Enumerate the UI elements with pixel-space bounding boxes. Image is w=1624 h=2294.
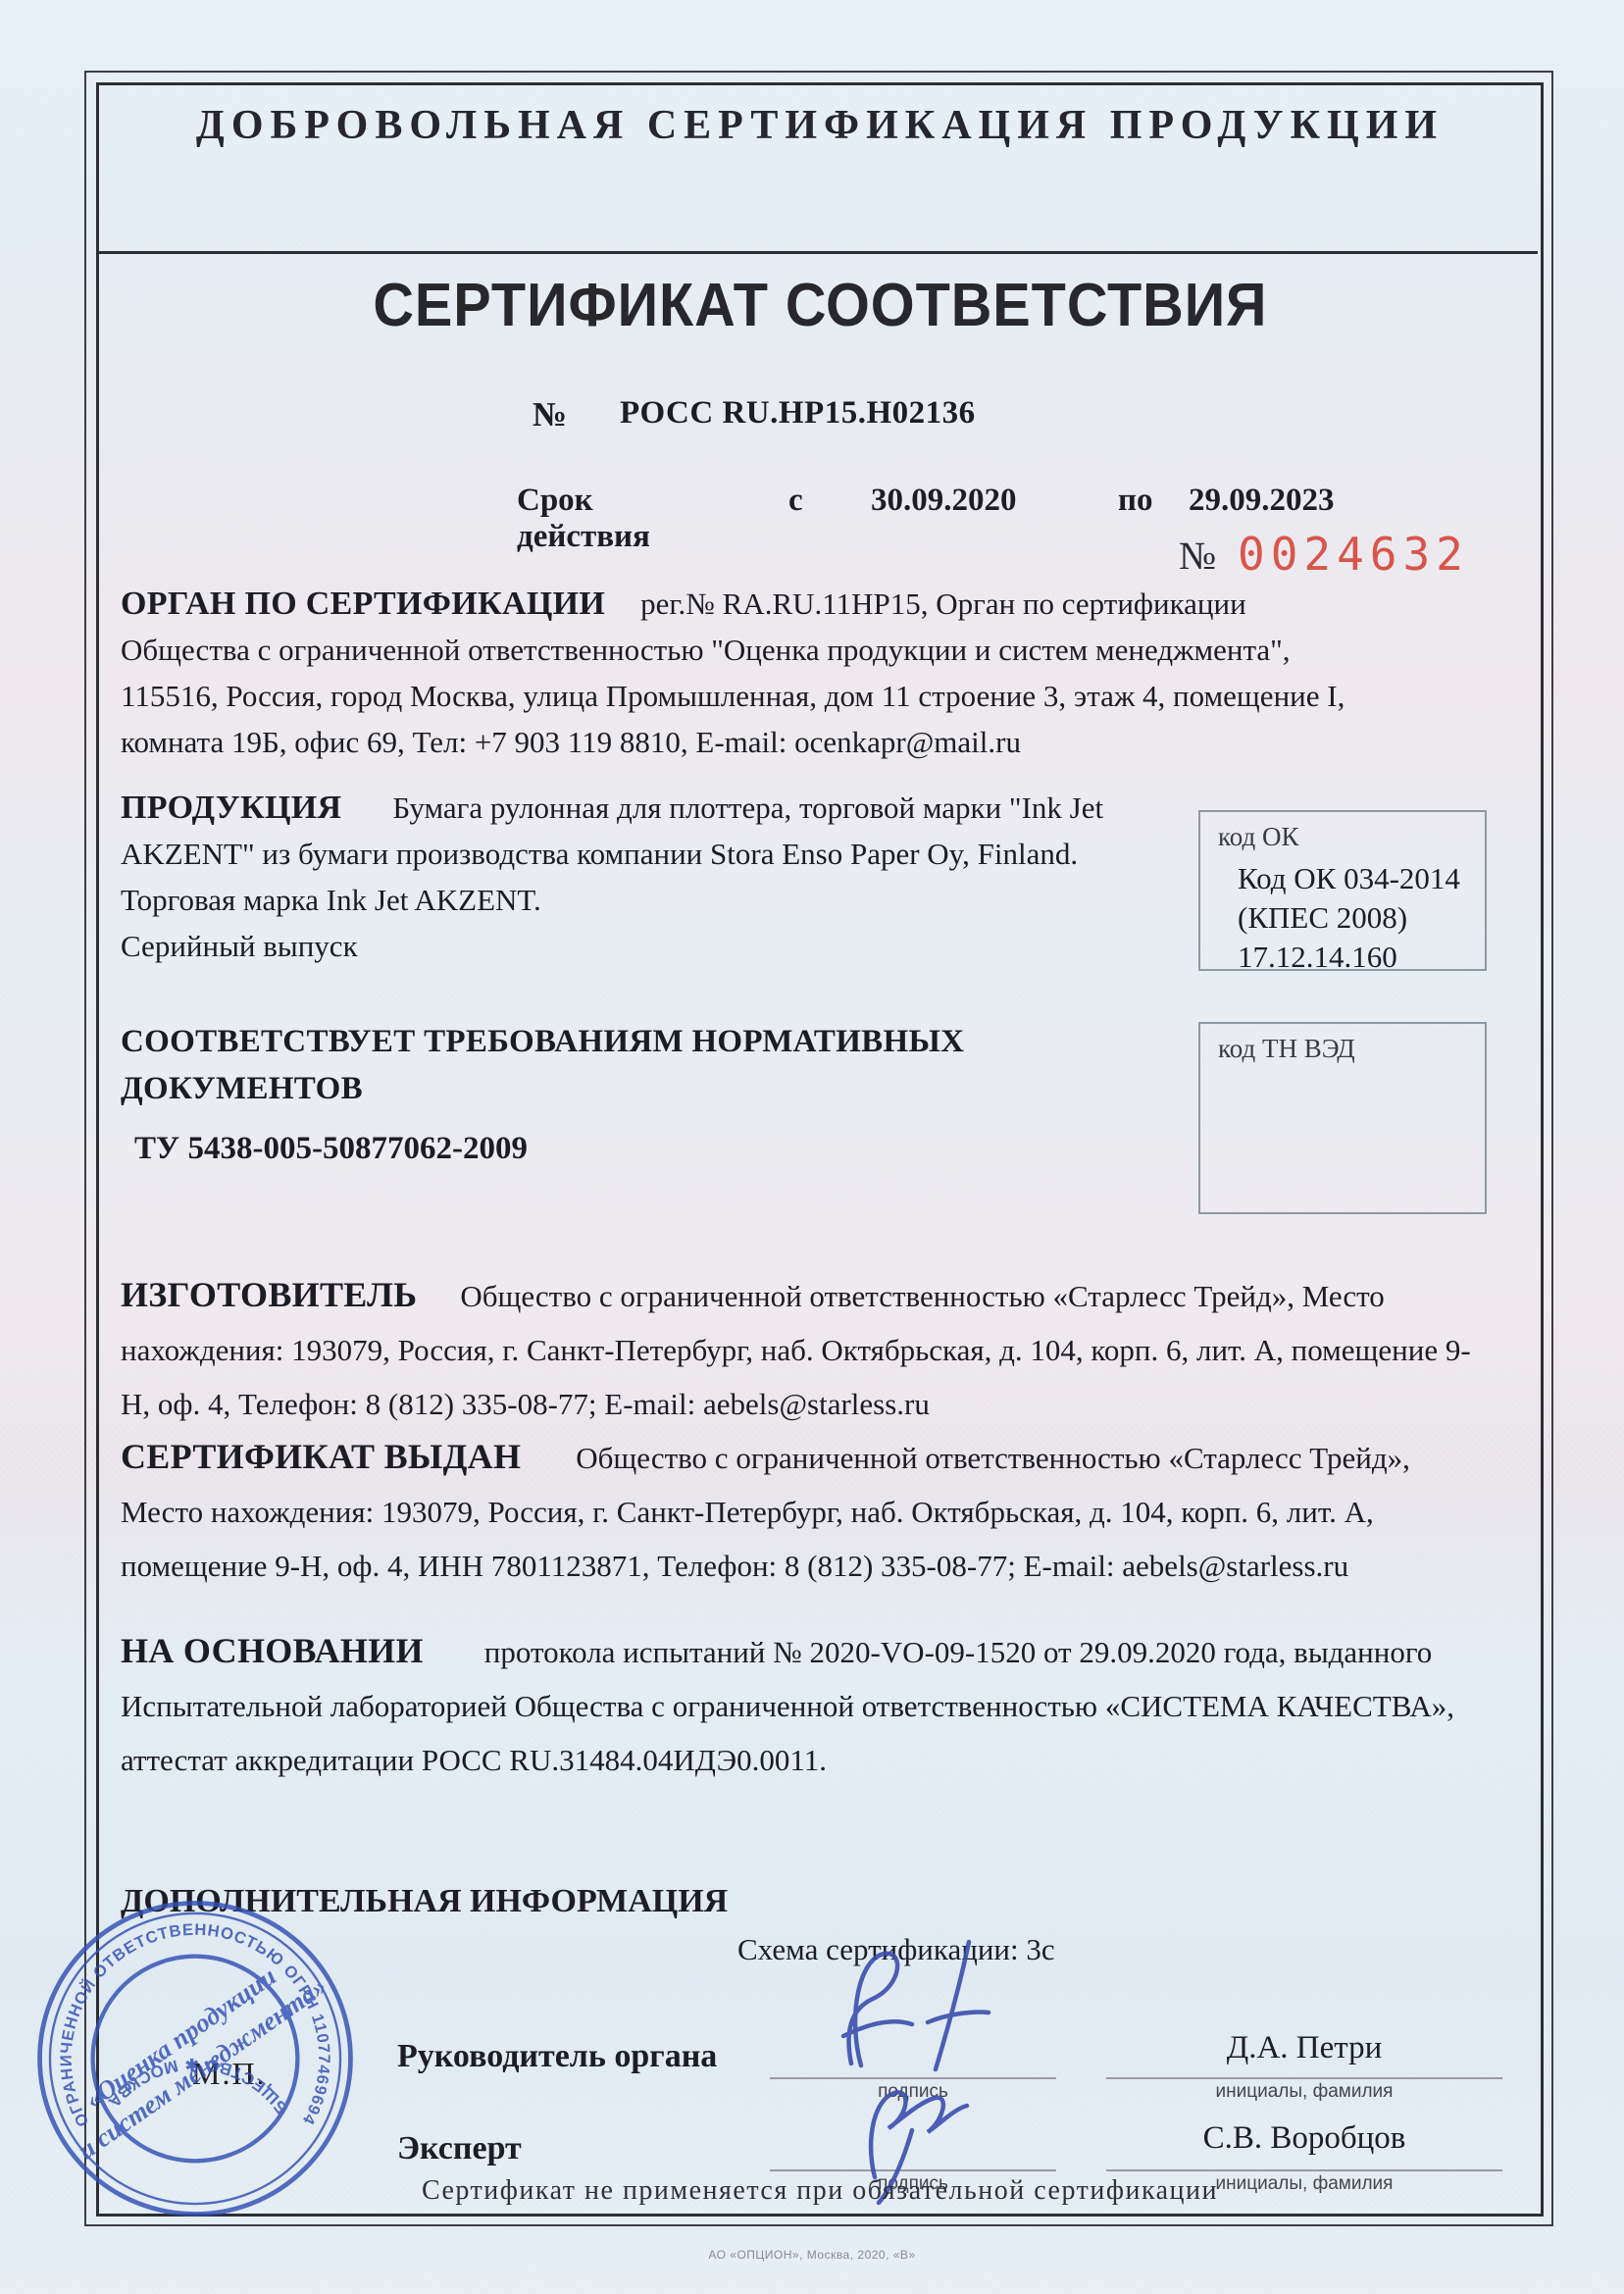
certificate-page: ДОБРОВОЛЬНАЯ СЕРТИФИКАЦИЯ ПРОДУКЦИИ СЕРТ… bbox=[0, 0, 1624, 2294]
validity-from-label: с bbox=[788, 483, 803, 519]
expert-name: С.В. Воробцов bbox=[1106, 2120, 1502, 2157]
round-stamp: С ОГРАНИЧЕННОЙ ОТВЕТСТВЕННОСТЬЮ ОГРН 110… bbox=[31, 1895, 359, 2222]
footer-note: Сертификат не применяется при обязательн… bbox=[96, 2175, 1544, 2207]
blank-number-sign: № bbox=[1179, 533, 1216, 579]
certificate-number: РОСС RU.HP15.H02136 bbox=[620, 395, 976, 432]
head-autograph bbox=[843, 1954, 912, 2065]
manufacturer-label: ИЗГОТОВИТЕЛЬ bbox=[121, 1275, 417, 1314]
section-certification-body: ОРГАН ПО СЕРТИФИКАЦИИрег.№ RA.RU.11HP15,… bbox=[121, 581, 1370, 765]
ok-code-caption: код ОК bbox=[1218, 822, 1298, 852]
head-role-label: Руководитель органа bbox=[397, 2038, 717, 2075]
section-issued-to: СЕРТИФИКАТ ВЫДАНОбщество с ограниченной … bbox=[121, 1430, 1496, 1593]
basis-label: НА ОСНОВАНИИ bbox=[121, 1631, 424, 1670]
issued-to-label: СЕРТИФИКАТ ВЫДАН bbox=[121, 1437, 521, 1476]
section-product: ПРОДУКЦИЯБумага рулонная для плоттера, т… bbox=[121, 785, 1164, 969]
validity-to-date: 29.09.2023 bbox=[1189, 483, 1335, 519]
head-name-caption: инициалы, фамилия bbox=[1106, 2081, 1502, 2103]
head-autograph-slash bbox=[928, 1942, 989, 2069]
blank-number: 0024632 bbox=[1238, 528, 1469, 581]
section-conforms: СООТВЕТСТВУЕТ ТРЕБОВАНИЯМ НОРМАТИВНЫХ ДО… bbox=[121, 1018, 1199, 1172]
conforms-standard: ТУ 5438-005-50877062-2009 bbox=[121, 1126, 1199, 1172]
conforms-label: СООТВЕТСТВУЕТ ТРЕБОВАНИЯМ НОРМАТИВНЫХ ДО… bbox=[121, 1024, 964, 1106]
head-name: Д.А. Петри bbox=[1106, 2030, 1502, 2066]
ok-code-value: Код ОК 034-2014 (КПЕС 2008) 17.12.14.160 bbox=[1238, 859, 1460, 977]
certificate-number-sign: № bbox=[533, 395, 567, 434]
handwritten-signatures bbox=[745, 1920, 1118, 2215]
validity-to-label: по bbox=[1118, 483, 1153, 519]
tnved-code-caption: код ТН ВЭД bbox=[1218, 1034, 1355, 1064]
certification-body-label: ОРГАН ПО СЕРТИФИКАЦИИ bbox=[121, 586, 605, 622]
printing-house-info: АО «ОПЦИОН», Москва, 2020, «В» bbox=[0, 2248, 1624, 2262]
product-serial-note: Серийный выпуск bbox=[121, 923, 1164, 969]
expert-name-line bbox=[1106, 2169, 1502, 2171]
section-manufacturer: ИЗГОТОВИТЕЛЬОбщество с ограниченной отве… bbox=[121, 1268, 1488, 1431]
validity-label: Срок действия bbox=[517, 483, 650, 555]
header-divider bbox=[99, 251, 1538, 254]
head-name-line bbox=[1106, 2077, 1502, 2079]
ok-code-box: код ОК Код ОК 034-2014 (КПЕС 2008) 17.12… bbox=[1198, 810, 1487, 971]
document-title-text: СЕРТИФИКАТ СООТВЕТСТВИЯ bbox=[373, 271, 1267, 340]
validity-from-date: 30.09.2020 bbox=[871, 483, 1017, 519]
tnved-code-box: код ТН ВЭД bbox=[1198, 1022, 1487, 1214]
document-title: СЕРТИФИКАТ СООТВЕТСТВИЯ bbox=[96, 271, 1544, 340]
section-basis: НА ОСНОВАНИИпротокола испытаний № 2020-V… bbox=[121, 1624, 1480, 1787]
document-header: ДОБРОВОЛЬНАЯ СЕРТИФИКАЦИЯ ПРОДУКЦИИ bbox=[96, 102, 1544, 149]
product-label: ПРОДУКЦИЯ bbox=[121, 790, 341, 826]
expert-role-label: Эксперт bbox=[397, 2130, 522, 2167]
